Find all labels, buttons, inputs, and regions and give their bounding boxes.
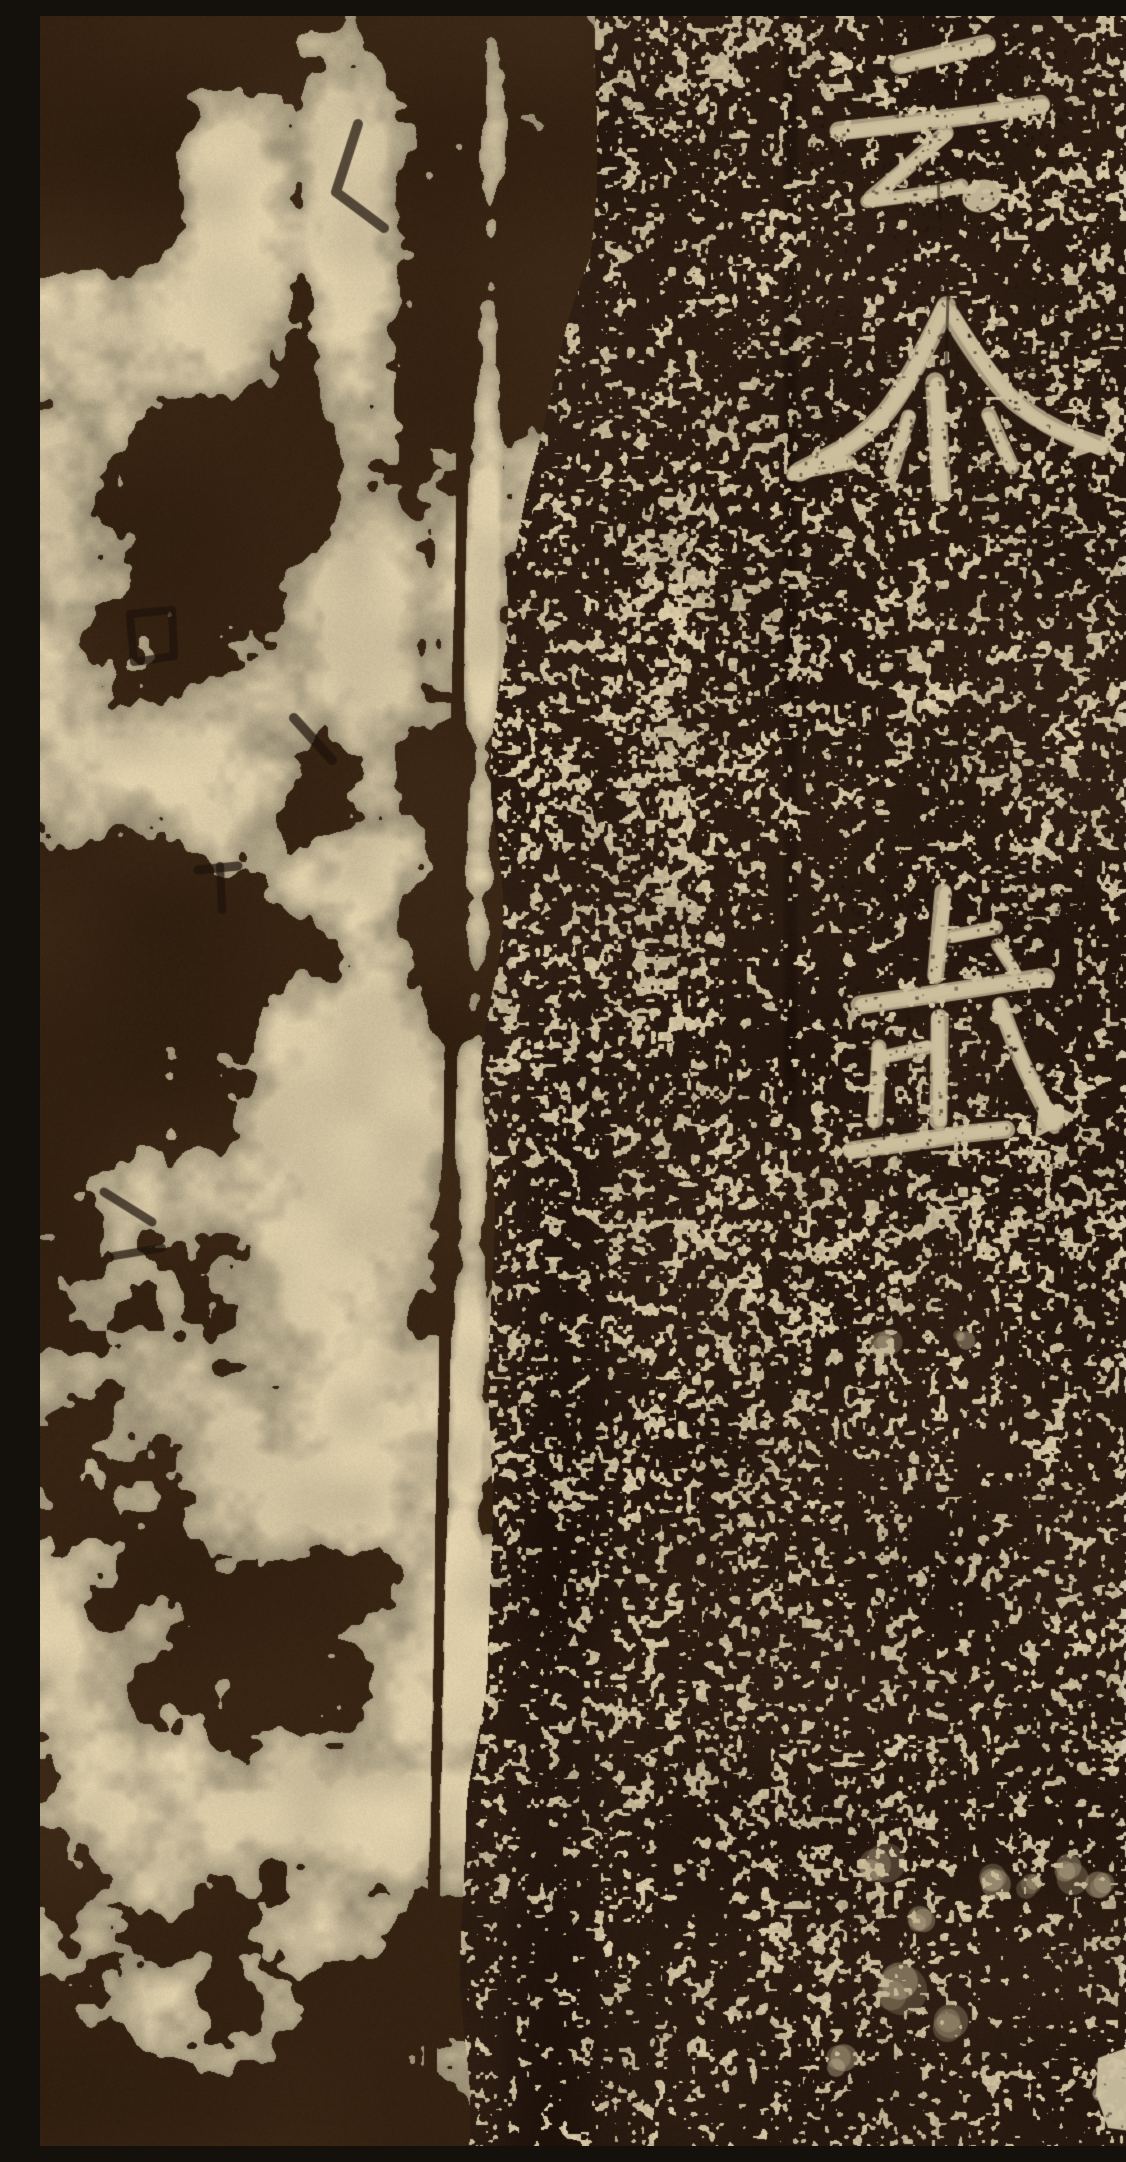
- rubbing-photograph: 云 尒 武: [40, 16, 1126, 2146]
- rubbing-canvas: [40, 16, 1126, 2146]
